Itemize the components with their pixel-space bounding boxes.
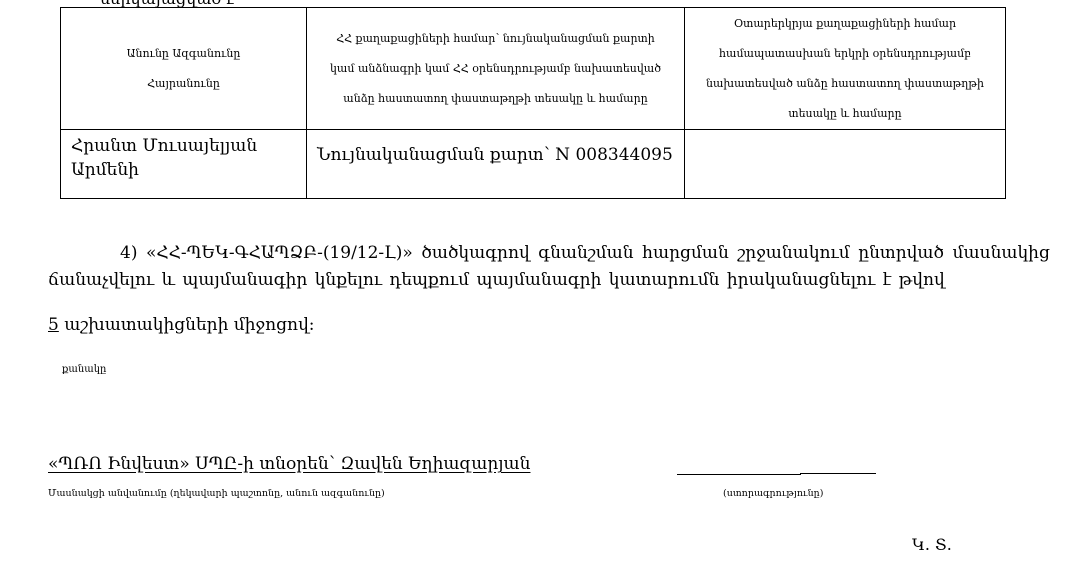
p4-word: ընտրված (858, 243, 944, 263)
header-line: Անունը Ազգանունը (127, 39, 241, 69)
signature-line (677, 474, 801, 475)
paragraph-5: 5 աշխատակիցների միջոցով: (48, 315, 315, 335)
p4-word: գնանշման (538, 243, 633, 263)
participants-table: Անունը Ազգանունը Հայրանունը ՀՀ քաղաքացին… (60, 7, 1006, 199)
p4-word: հարցման (642, 243, 729, 263)
p4-word: 4) (120, 243, 137, 263)
stamp-placeholder: Կ. Տ. (912, 535, 952, 554)
employee-count: 5 (48, 315, 59, 335)
p4-word: ծածկագրով (421, 243, 529, 263)
table-header-armenian-doc: ՀՀ քաղաքացիների համար՝ նույնականացման քա… (307, 8, 684, 129)
table-row-document-id: Նույնականացման քարտ՝ N 008344095 (317, 143, 673, 167)
header-line: Օտարերկրյա քաղաքացիների համար (734, 9, 956, 39)
signature-caption: (ստորագրությունը) (723, 488, 823, 499)
signatory-caption: Մասնակցի անվանումը (ղեկավարի պաշտոնը, ան… (48, 488, 385, 499)
full-name-line: Արմենի (71, 158, 257, 182)
table-header-name: Անունը Ազգանունը Հայրանունը (61, 8, 306, 129)
header-line: համապատասխան երկրի օրենսդրությամբ (719, 39, 971, 69)
p4-word: շրջանակում (737, 243, 849, 263)
header-line: անձը հաստատող փաստաթղթի տեսակը և համարը (343, 84, 647, 114)
employee-count-text: աշխատակիցների միջոցով: (59, 315, 315, 335)
header-line: նախատեսված անձը հաստատող փաստաթղթի (706, 69, 984, 99)
header-line: ՀՀ քաղաքացիների համար՝ նույնականացման քա… (336, 24, 655, 54)
header-line: տեսակը և համարը (788, 99, 901, 129)
signature-line (800, 473, 876, 474)
table-row-divider (61, 129, 1005, 130)
p4-word: մասնակից (953, 243, 1050, 263)
table-header-foreign-doc: Օտարերկրյա քաղաքացիների համար համապատասխ… (685, 8, 1005, 129)
full-name-line: Հրանտ Մուսայելյան (71, 134, 257, 158)
p4-word: «ՀՀ-ՊԵԿ-ԳՀԱՊՁԲ-(19/12-Լ)» (146, 243, 413, 263)
header-line: կամ անձնագրի կամ ՀՀ օրենսդրությամբ նախատ… (330, 54, 661, 84)
quantity-caption: քանակը (62, 364, 106, 375)
table-row-full-name: Հրանտ Մուսայելյան Արմենի (71, 134, 257, 182)
header-line: Հայրանունը (147, 69, 220, 99)
paragraph-4-line-1: 4) «ՀՀ-ՊԵԿ-ԳՀԱՊՁԲ-(19/12-Լ)» ծածկագրով գ… (120, 243, 1050, 263)
paragraph-4-line-2: ճանաչվելու և պայմանագիր կնքելու դեպքում … (48, 270, 945, 290)
signatory-name: «ՊՌՈ Ինվեստ» ՍՊԸ-ի տնօրեն՝ Զավեն Եղիազար… (48, 454, 530, 474)
